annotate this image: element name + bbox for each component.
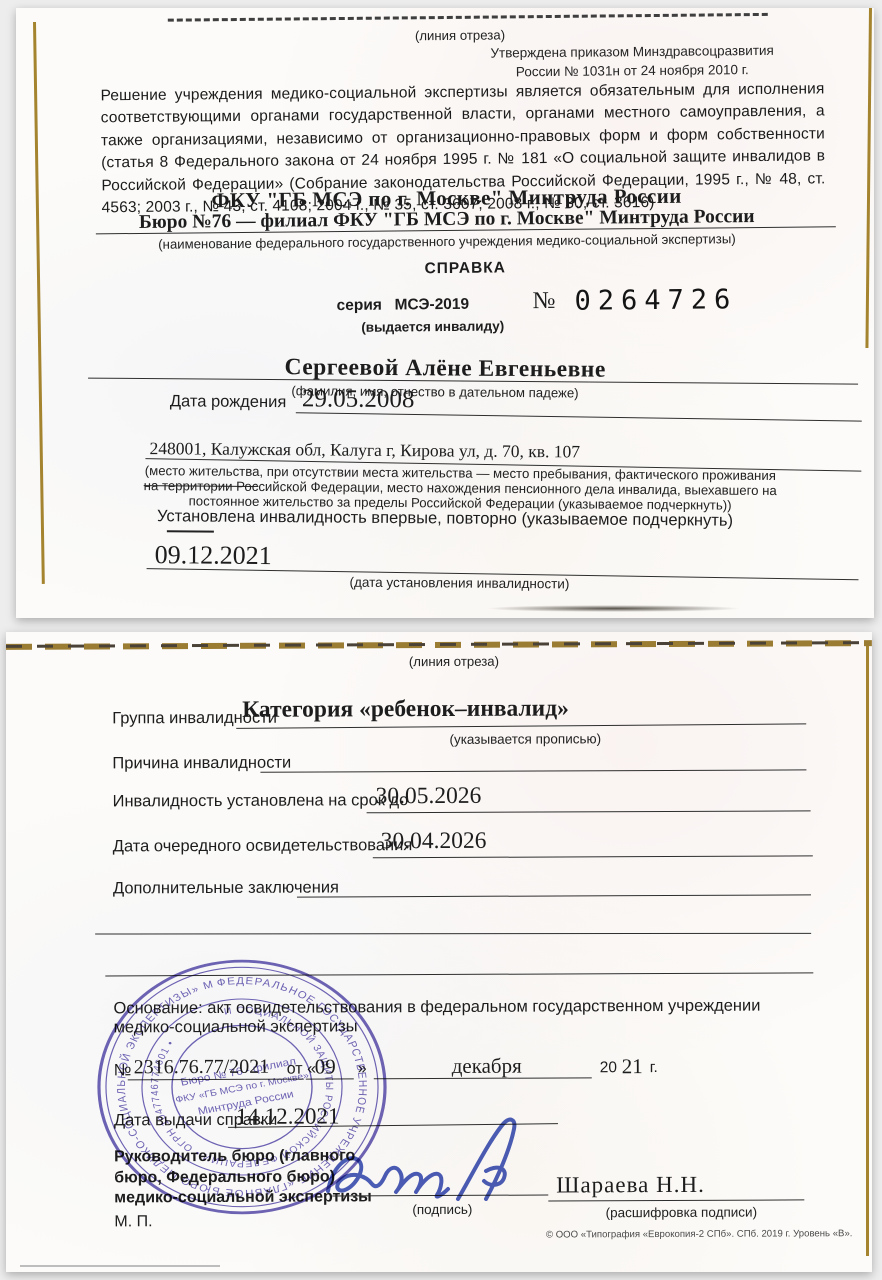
next-exam-label: Дата очередного освидетельствования: [113, 836, 413, 856]
fill-line: [367, 810, 811, 813]
printer-note: © ООО «Типография «Еврокопия-2 СПб». СПб…: [488, 1228, 852, 1241]
fill-line: [95, 933, 811, 935]
act-month: декабря: [402, 1053, 572, 1079]
cause-label: Причина инвалидности: [112, 754, 291, 774]
underline-first-time: [167, 530, 214, 532]
birth-date-value: 29.05.2008: [302, 385, 415, 414]
group-caption: (указывается прописью): [400, 731, 650, 747]
fill-line: [260, 769, 806, 772]
signature-stroke-flourish: [458, 1120, 514, 1199]
term-label: Инвалидность установлена на срок до: [113, 791, 409, 811]
next-exam-value: 30.04.2026: [381, 828, 487, 855]
signature-name: Шараева Н.Н.: [556, 1172, 705, 1199]
act-year-prefix: 20: [600, 1059, 617, 1077]
act-year-suffix: г.: [650, 1059, 658, 1077]
fill-line: [297, 894, 811, 897]
additional-label: Дополнительные заключения: [113, 878, 339, 898]
address-caption-struck: на территории Рос: [144, 478, 259, 494]
document-scan: { "page1": { "cut_line_label": "(линия о…: [0, 0, 882, 1280]
fill-line: [373, 855, 813, 858]
fill-line: [548, 1199, 804, 1201]
fill-line: [236, 723, 806, 728]
birth-date-label: Дата рождения: [170, 392, 287, 412]
handwritten-signature: [320, 1115, 570, 1207]
established-line: Установлена инвалидность впервые, повтор…: [157, 507, 733, 531]
certificate-page-top: (линия отреза) Утверждена приказом Минзд…: [16, 8, 874, 618]
established-caption: (дата установления инвалидности): [48, 572, 870, 593]
fill-line: [296, 412, 862, 421]
signature-name-caption: (расшифровка подписи): [556, 1204, 806, 1220]
cut-line-label: (линия отреза): [36, 652, 872, 671]
certificate-page-bottom: (линия отреза) Группа инвалидности Катег…: [6, 632, 872, 1272]
established-date: 09.12.2021: [155, 540, 272, 571]
act-year: 21: [622, 1054, 643, 1079]
signature-stroke-main: [328, 1158, 448, 1196]
group-value: Категория «ребенок–инвалид»: [242, 695, 569, 723]
underlying-page-edge: [20, 1265, 220, 1267]
page-shadow-smudge: [486, 605, 741, 612]
term-value: 30.05.2026: [375, 783, 481, 810]
